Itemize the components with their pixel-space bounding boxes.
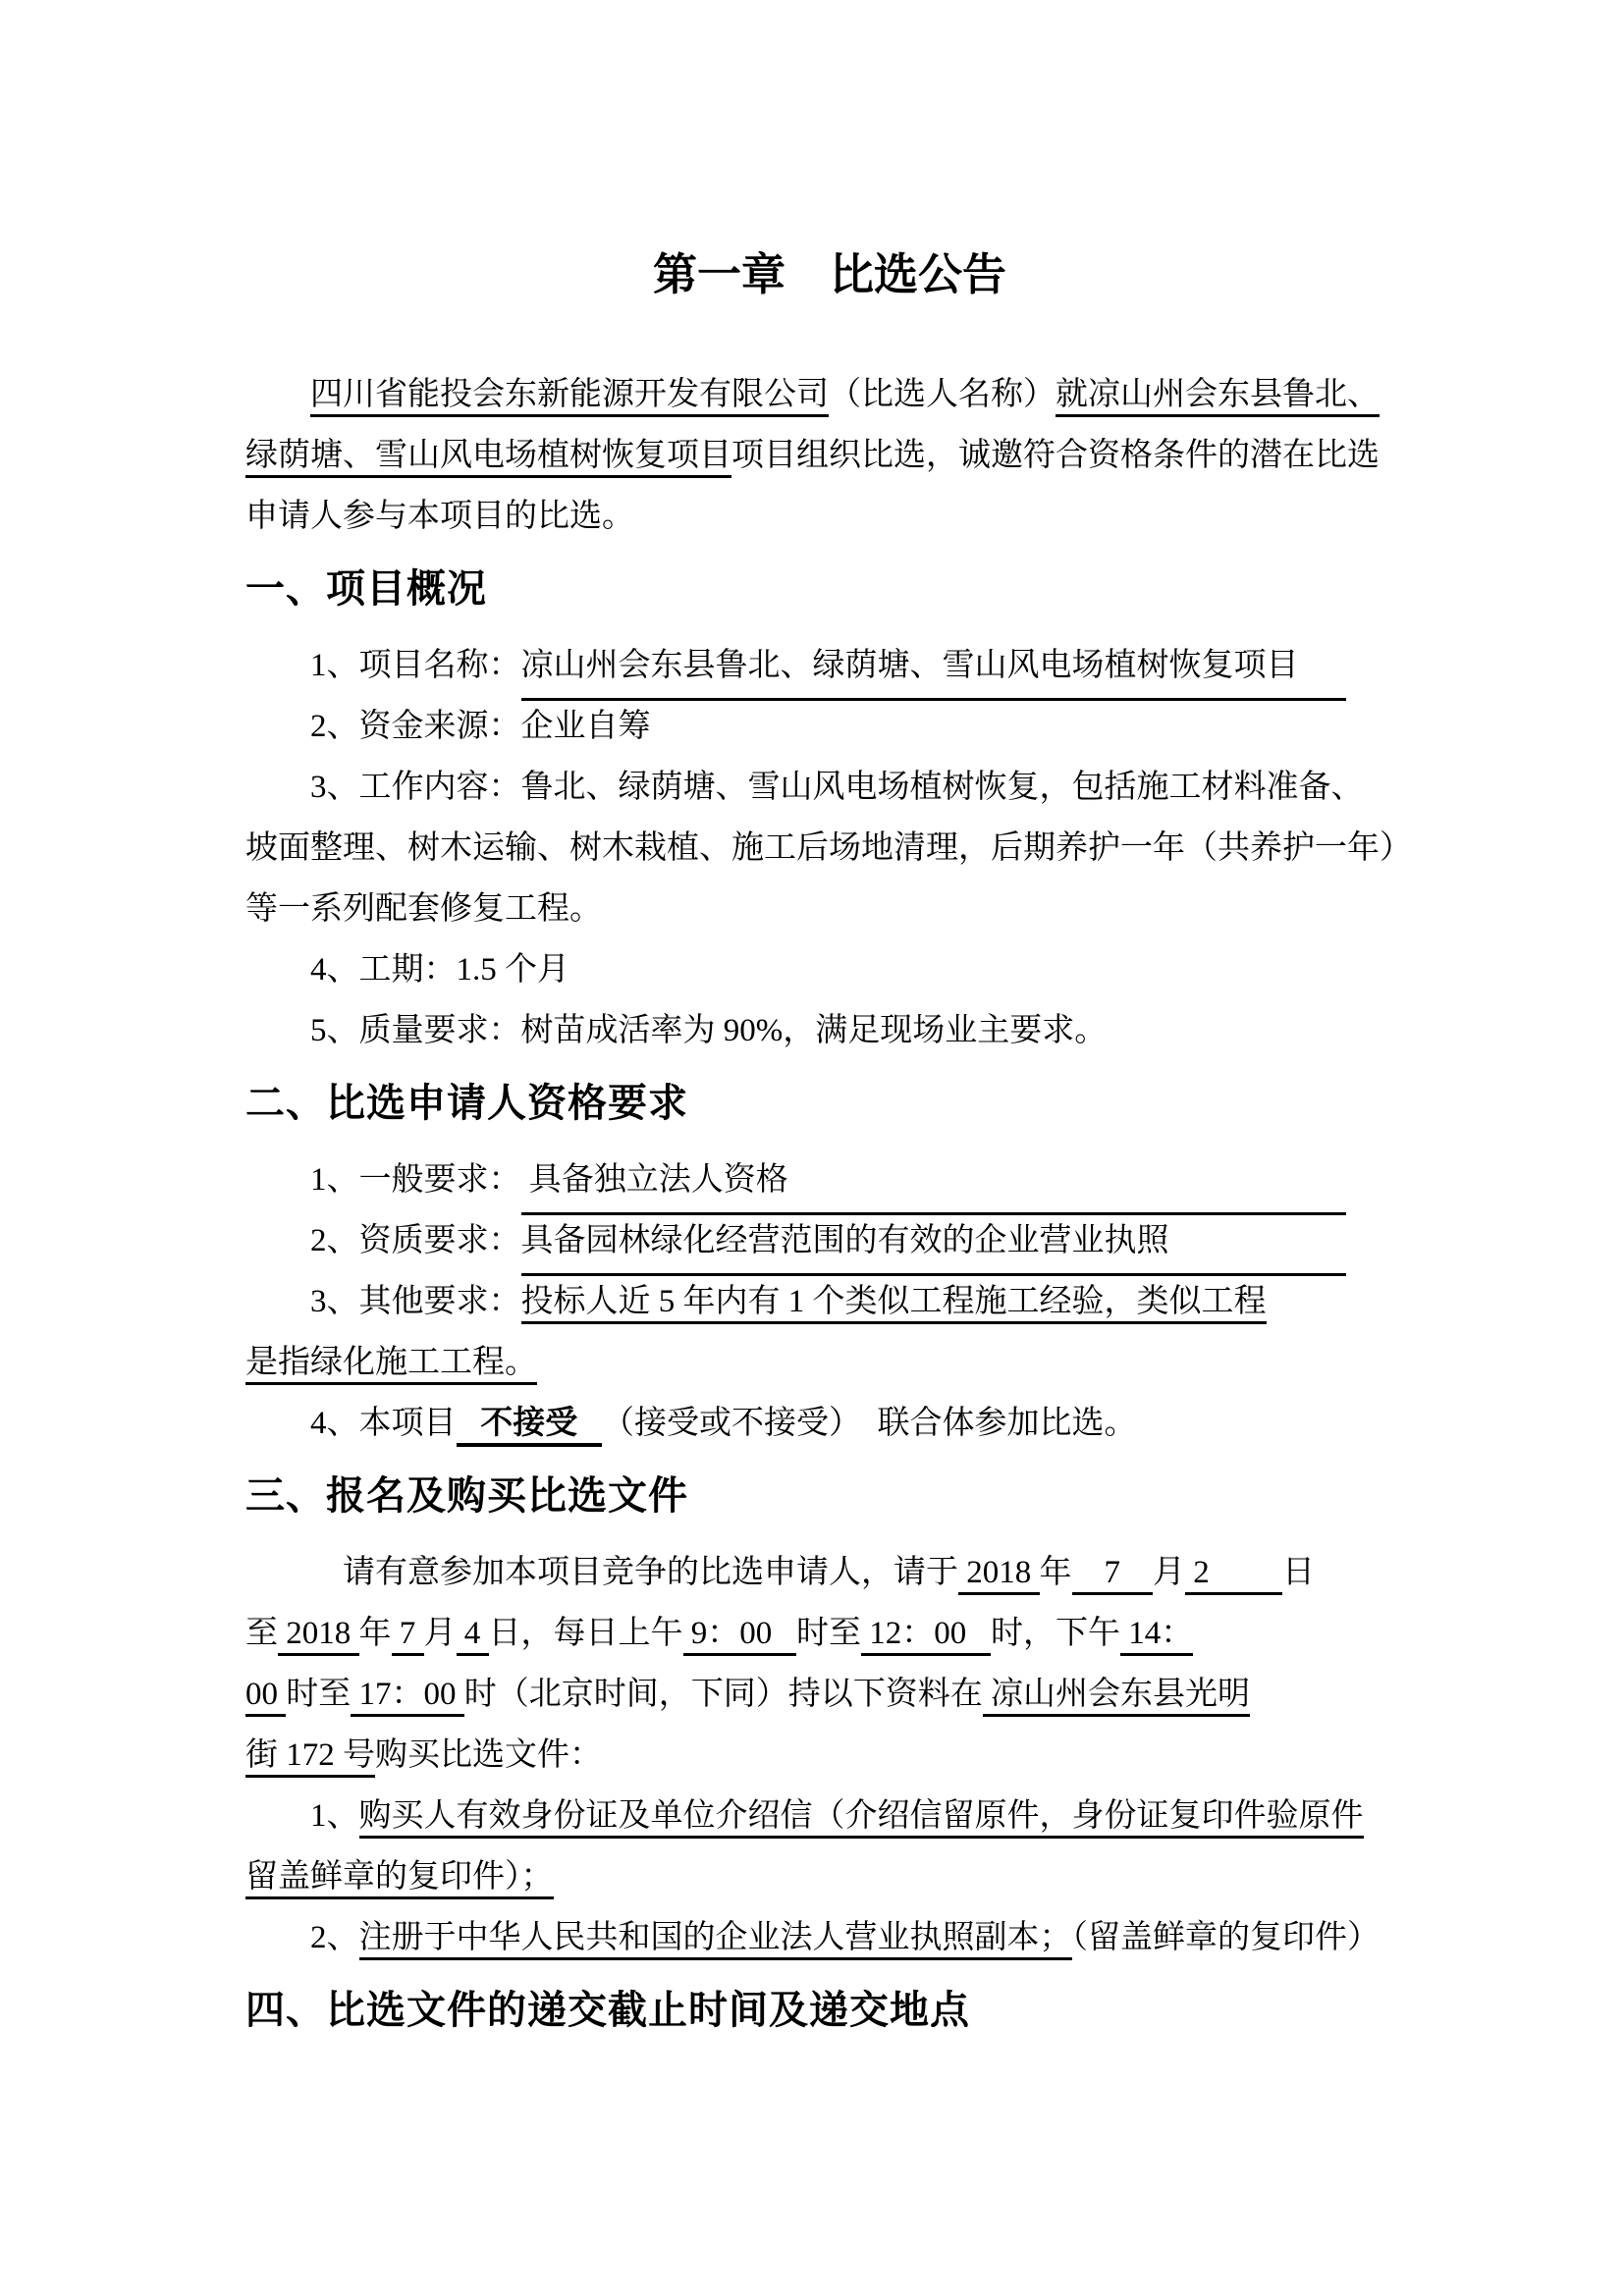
fill-in-blank-text: 2 [1185,1555,1282,1595]
fill-in-blank-text: 4 [457,1616,489,1656]
fill-in-blank-text: 街 172 号 [245,1737,375,1778]
section3-paragraph-line-4: 街 172 号购买比选文件： [245,1725,1414,1786]
section3-paragraph-line-3: 00 时至 17：00 时（北京时间，下同）持以下资料在 凉山州会东县光明 [245,1664,1414,1725]
fill-in-blank-text: 14： [1120,1616,1193,1656]
text-run: 一、项目概况 [245,566,487,611]
fill-in-blank-text: 具备独立法人资格 [521,1149,1346,1215]
text-run: 5、质量要求：树苗成活率为 90%，满足现场业主要求。 [245,1013,1107,1048]
text-run: 4、工期：1.5 个月 [245,952,569,988]
fill-in-blank-text: 购买人有效身份证及单位介绍信（介绍信留原件，身份证复印件验原件 [359,1798,1364,1839]
fill-in-blank-text: 9：00 [683,1616,797,1656]
text-run: 申请人参与本项目的比选。 [245,499,634,534]
fill-in-blank-text: 是指绿化施工工程。 [245,1345,537,1385]
text-run: 日，每日上午 [489,1616,683,1651]
text-run: 日 [1282,1555,1315,1590]
fill-in-blank-text: 就凉山州会东县鲁北、 [1056,377,1380,417]
chapter-title: 第一章 比选公告 [245,250,1414,299]
section3-heading: 三、报名及购买比选文件 [245,1462,1414,1530]
text-run: 第一章 比选公告 [653,250,1006,299]
page-content: 第一章 比选公告 四川省能投会东新能源开发有限公司（比选人名称）就凉山州会东县鲁… [0,0,1624,2045]
text-run: 1、项目名称： [245,648,521,683]
section3-item1-line-1: 1、购买人有效身份证及单位介绍信（介绍信留原件，身份证复印件验原件 [245,1786,1414,1846]
section2-item2-qualification-requirement: 2、资质要求：具备园林绿化经营范围的有效的企业营业执照 [245,1210,1414,1271]
fill-in-blank-text: 12：00 [861,1616,991,1656]
text-run: 2、资质要求： [245,1223,521,1258]
text-run: 2、 [245,1920,359,1955]
fill-in-blank-text: 凉山州会东县光明 [983,1677,1250,1717]
text-run: 2、资金来源：企业自筹 [245,709,651,744]
section2-item3-other-requirement-line-1: 3、其他要求：投标人近 5 年内有 1 个类似工程施工经验，类似工程 [245,1271,1414,1332]
section4-heading: 四、比选文件的递交截止时间及递交地点 [245,1976,1414,2045]
text-run: 购买比选文件： [375,1737,602,1773]
fill-in-blank-text: 7 [392,1616,424,1656]
section1-item2-funding-source: 2、资金来源：企业自筹 [245,696,1414,757]
text-run: 年 [1040,1555,1072,1590]
text-run: 3、其他要求： [245,1284,521,1319]
text-run: 年 [359,1616,392,1651]
fill-in-blank-text: 四川省能投会东新能源开发有限公司 [310,377,829,417]
fill-in-blank-text: 17：00 [351,1677,464,1717]
section1-item3-work-content-line-3: 等一系列配套修复工程。 [245,879,1414,939]
text-run: （留盖鲜章的复印件） [1072,1920,1380,1955]
fill-in-blank-text: 具备园林绿化经营范围的有效的企业营业执照 [521,1210,1346,1276]
fill-in-blank-text: 7 [1072,1555,1154,1595]
section2-item4-consortium: 4、本项目 不接受 （接受或不接受） 联合体参加比选。 [245,1393,1414,1454]
fill-in-blank-text: 留盖鲜章的复印件）； [245,1859,554,1899]
text-run: 时（北京时间，下同）持以下资料在 [464,1677,983,1712]
text-run: 坡面整理、树木运输、树木栽植、施工后场地清理，后期养护一年（共养护一年） [245,830,1412,866]
section1-item4-duration: 4、工期：1.5 个月 [245,939,1414,1000]
fill-in-blank-text: 不接受 [457,1406,603,1447]
fill-in-blank-text: 凉山州会东县鲁北、绿荫塘、雪山风电场植树恢复项目 [521,635,1346,701]
fill-in-blank-text: 注册于中华人民共和国的企业法人营业执照副本； [359,1920,1072,1960]
fill-in-blank-text: 2018 [958,1555,1040,1595]
text-run: 三、报名及购买比选文件 [245,1473,688,1518]
section2-heading: 二、比选申请人资格要求 [245,1069,1414,1138]
text-run: 二、比选申请人资格要求 [245,1081,688,1125]
fill-in-blank-text: 2018 [278,1616,359,1656]
document-page: 第一章 比选公告 四川省能投会东新能源开发有限公司（比选人名称）就凉山州会东县鲁… [0,0,1624,2296]
text-run: 1、 [245,1798,359,1834]
text-run: 四、比选文件的递交截止时间及递交地点 [245,1988,970,2032]
text-run: 4、本项目 [245,1406,457,1441]
text-run [245,377,310,412]
text-run: （接受或不接受） 联合体参加比选。 [602,1406,1137,1441]
section1-item3-work-content-line-2: 坡面整理、树木运输、树木栽植、施工后场地清理，后期养护一年（共养护一年） [245,818,1414,879]
text-run: 1、一般要求： [245,1162,521,1198]
text-run: 至 [245,1616,278,1651]
text-run: 请有意参加本项目竞争的比选申请人，请于 [245,1555,958,1590]
text-run: 3、工作内容：鲁北、绿荫塘、雪山风电场植树恢复，包括施工材料准备、 [245,770,1364,805]
text-run: 时至 [796,1616,861,1651]
text-run: 时至 [286,1677,351,1712]
fill-in-blank-text: 投标人近 5 年内有 1 个类似工程施工经验，类似工程 [521,1284,1267,1324]
text-run: （比选人名称） [829,377,1056,412]
section3-paragraph-line-2: 至 2018 年 7 月 4 日，每日上午 9：00 时至 12：00 时，下午… [245,1603,1414,1664]
text-run: 时，下午 [991,1616,1120,1651]
text-run: 项目组织比选，诚邀符合资格条件的潜在比选 [731,438,1380,473]
section1-item3-work-content-line-1: 3、工作内容：鲁北、绿荫塘、雪山风电场植树恢复，包括施工材料准备、 [245,757,1414,818]
text-run: 月 [424,1616,457,1651]
text-run: 月 [1153,1555,1185,1590]
intro-line-1: 四川省能投会东新能源开发有限公司（比选人名称）就凉山州会东县鲁北、 [245,364,1414,425]
section3-paragraph-line-1: 请有意参加本项目竞争的比选申请人，请于 2018 年 7 月 2 日 [245,1542,1414,1603]
section3-item1-line-2: 留盖鲜章的复印件）； [245,1846,1414,1907]
text-run: 等一系列配套修复工程。 [245,891,602,927]
fill-in-blank-text: 绿荫塘、雪山风电场植树恢复项目 [245,438,731,478]
section1-heading: 一、项目概况 [245,555,1414,623]
section3-item2: 2、注册于中华人民共和国的企业法人营业执照副本；（留盖鲜章的复印件） [245,1907,1414,1968]
section2-item1-general-requirement: 1、一般要求： 具备独立法人资格 [245,1149,1414,1210]
section2-item3-other-requirement-line-2: 是指绿化施工工程。 [245,1332,1414,1393]
intro-line-3: 申请人参与本项目的比选。 [245,486,1414,547]
intro-line-2: 绿荫塘、雪山风电场植树恢复项目项目组织比选，诚邀符合资格条件的潜在比选 [245,425,1414,486]
section1-item1-project-name: 1、项目名称：凉山州会东县鲁北、绿荫塘、雪山风电场植树恢复项目 [245,635,1414,696]
fill-in-blank-text: 00 [245,1677,286,1717]
section1-item5-quality: 5、质量要求：树苗成活率为 90%，满足现场业主要求。 [245,1000,1414,1061]
